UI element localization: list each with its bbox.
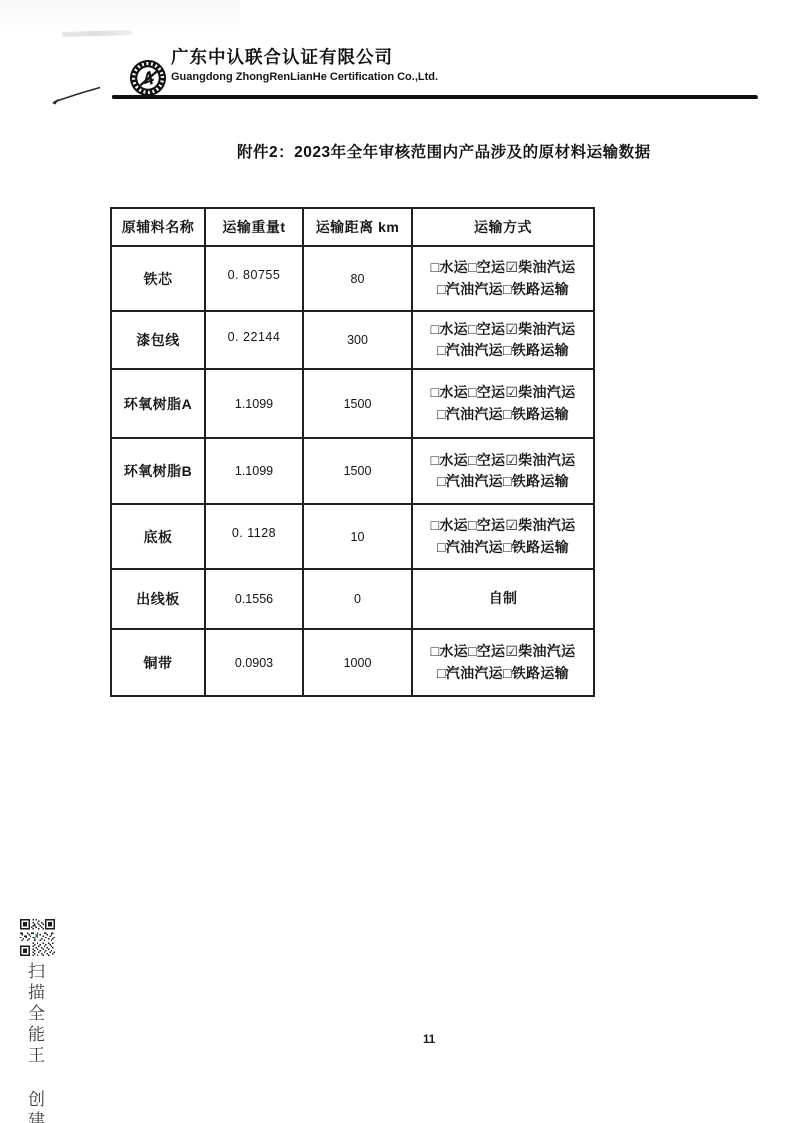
material-name: 环氧树脂A [111,369,205,438]
table-row: 出线板 0.1556 0 自制 [111,569,594,629]
scan-corner-shade [0,0,240,30]
transport-mode-line2: □汽油汽运□铁路运输 [413,404,593,426]
header-divider [112,95,758,99]
material-distance: 0 [303,569,412,629]
transport-mode: 自制 [412,569,594,629]
transport-mode: □水运□空运☑柴油汽运 □汽油汽运□铁路运输 [412,438,594,504]
material-distance: 1500 [303,438,412,504]
transport-mode: □水运□空运☑柴油汽运 □汽油汽运□铁路运输 [412,629,594,696]
col-header-material: 原辅料名称 [111,208,205,246]
col-header-distance: 运输距离 km [303,208,412,246]
table-row: 铁芯 0. 80755 80 □水运□空运☑柴油汽运 □汽油汽运□铁路运输 [111,246,594,311]
materials-transport-table: 原辅料名称 运输重量t 运输距离 km 运输方式 铁芯 0. 80755 80 … [110,207,595,697]
page-number: 11 [423,1034,435,1046]
material-name: 出线板 [111,569,205,629]
transport-mode-line1: □水运□空运☑柴油汽运 [413,319,593,341]
material-weight: 0.0903 [205,629,303,696]
material-weight: 0.1556 [205,569,303,629]
transport-mode-line2: □汽油汽运□铁路运输 [413,340,593,362]
col-header-weight: 运输重量t [205,208,303,246]
material-weight: 0. 22144 [205,311,303,369]
material-distance: 1500 [303,369,412,438]
material-name: 铁芯 [111,246,205,311]
table-row: 铜带 0.0903 1000 □水运□空运☑柴油汽运 □汽油汽运□铁路运输 [111,629,594,696]
transport-mode: □水运□空运☑柴油汽运 □汽油汽运□铁路运输 [412,246,594,311]
table-row: 底板 0. 1128 10 □水运□空运☑柴油汽运 □汽油汽运□铁路运输 [111,504,594,569]
material-distance: 80 [303,246,412,311]
transport-mode-line2: □汽油汽运□铁路运输 [413,663,593,685]
transport-mode-line1: 自制 [413,588,593,610]
company-name-zh: 广东中认联合认证有限公司 [171,44,393,69]
transport-mode-line2: □汽油汽运□铁路运输 [413,471,593,493]
scan-smudge-artifact [62,30,132,37]
table-row: 环氧树脂A 1.1099 1500 □水运□空运☑柴油汽运 □汽油汽运□铁路运输 [111,369,594,438]
certification-seal-logo: 4 [126,56,169,101]
col-header-mode: 运输方式 [412,208,594,246]
material-weight: 0. 1128 [205,504,303,569]
transport-mode-line1: □水运□空运☑柴油汽运 [413,515,593,537]
material-distance: 10 [303,504,412,569]
transport-mode-line2: □汽油汽运□铁路运输 [413,537,593,559]
pen-mark-artifact [50,84,102,111]
material-weight: 0. 80755 [205,246,303,311]
company-name-en: Guangdong ZhongRenLianHe Certification C… [171,71,438,83]
transport-mode: □水运□空运☑柴油汽运 □汽油汽运□铁路运输 [412,504,594,569]
material-distance: 1000 [303,629,412,696]
table-row: 环氧树脂B 1.1099 1500 □水运□空运☑柴油汽运 □汽油汽运□铁路运输 [111,438,594,504]
transport-mode-line2: □汽油汽运□铁路运输 [413,279,593,301]
scan-app-watermark: 扫描全能王 创建 [22,962,47,1122]
transport-mode: □水运□空运☑柴油汽运 □汽油汽运□铁路运输 [412,369,594,438]
material-name: 底板 [111,504,205,569]
material-name: 漆包线 [111,311,205,369]
table-header-row: 原辅料名称 运输重量t 运输距离 km 运输方式 [111,208,594,246]
qr-code [20,919,55,956]
transport-mode-line1: □水运□空运☑柴油汽运 [413,450,593,472]
transport-mode-line1: □水运□空运☑柴油汽运 [413,257,593,279]
transport-mode: □水运□空运☑柴油汽运 □汽油汽运□铁路运输 [412,311,594,369]
material-distance: 300 [303,311,412,369]
material-name: 铜带 [111,629,205,696]
material-weight: 1.1099 [205,369,303,438]
transport-mode-line1: □水运□空运☑柴油汽运 [413,382,593,404]
attachment-title: 附件2：2023年全年审核范围内产品涉及的原材料运输数据 [237,140,651,162]
table-row: 漆包线 0. 22144 300 □水运□空运☑柴油汽运 □汽油汽运□铁路运输 [111,311,594,369]
transport-mode-line1: □水运□空运☑柴油汽运 [413,641,593,663]
material-weight: 1.1099 [205,438,303,504]
material-name: 环氧树脂B [111,438,205,504]
